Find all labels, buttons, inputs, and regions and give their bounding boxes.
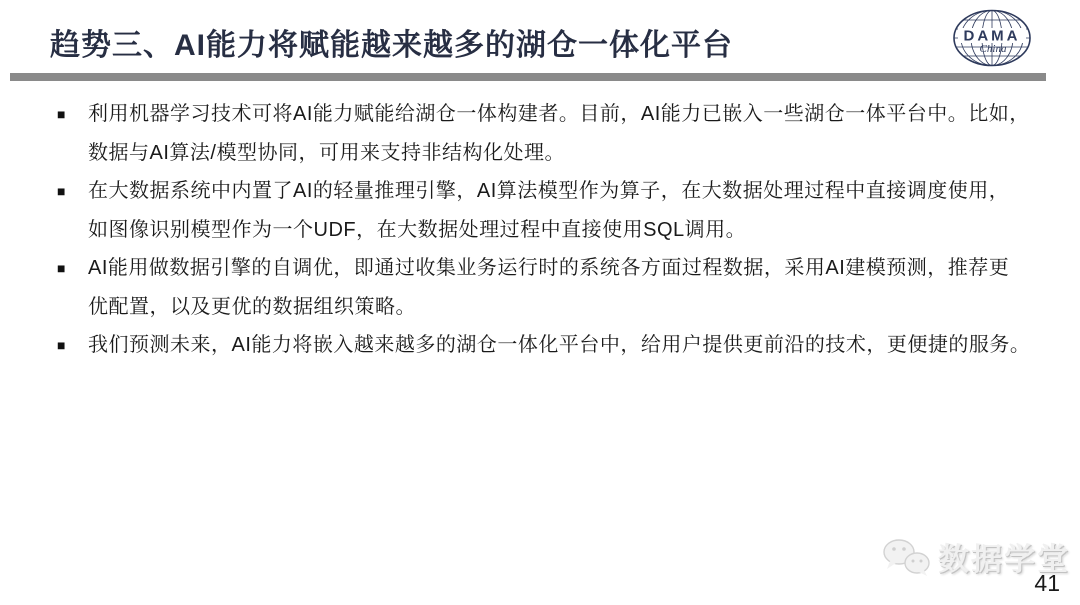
bullet-list: ■ 利用机器学习技术可将AI能力赋能给湖仓一体构建者。目前，AI能力已嵌入一些湖… [57,95,1047,365]
bullet-item: ■ AI能用做数据引擎的自调优，即通过收集业务运行时的系统各方面过程数据，采用A… [57,249,1047,326]
bullet-line: 在大数据系统中内置了AI的轻量推理引擎，AI算法模型作为算子，在大数据处理过程中… [88,172,1047,211]
slide: 趋势三、AI能力将赋能越来越多的湖仓一体化平台 DAMA China ■ 利用机… [0,0,1080,605]
bullet-square-icon: ■ [57,95,65,134]
bullet-line: AI能用做数据引擎的自调优，即通过收集业务运行时的系统各方面过程数据，采用AI建… [88,249,1047,288]
bullet-item: ■ 利用机器学习技术可将AI能力赋能给湖仓一体构建者。目前，AI能力已嵌入一些湖… [57,95,1047,172]
bullet-line: 如图像识别模型作为一个UDF，在大数据处理过程中直接使用SQL调用。 [88,211,1047,250]
bullet-line: 利用机器学习技术可将AI能力赋能给湖仓一体构建者。目前，AI能力已嵌入一些湖仓一… [88,95,1047,134]
page-number: 41 [1034,570,1060,597]
bullet-text: 我们预测未来，AI能力将嵌入越来越多的湖仓一体化平台中，给用户提供更前沿的技术，… [88,326,1047,365]
bullet-line: 我们预测未来，AI能力将嵌入越来越多的湖仓一体化平台中，给用户提供更前沿的技术，… [88,326,1047,365]
bullet-text: AI能用做数据引擎的自调优，即通过收集业务运行时的系统各方面过程数据，采用AI建… [88,249,1047,326]
bullet-item: ■ 在大数据系统中内置了AI的轻量推理引擎，AI算法模型作为算子，在大数据处理过… [57,172,1047,249]
bullet-square-icon: ■ [57,172,65,211]
bullet-text: 利用机器学习技术可将AI能力赋能给湖仓一体构建者。目前，AI能力已嵌入一些湖仓一… [88,95,1047,172]
bullet-square-icon: ■ [57,249,65,288]
bullet-text: 在大数据系统中内置了AI的轻量推理引擎，AI算法模型作为算子，在大数据处理过程中… [88,172,1047,249]
bullet-square-icon: ■ [57,326,65,365]
wechat-icon [880,537,932,577]
dama-china-logo-icon: DAMA China [951,8,1033,68]
bullet-line: 优配置，以及更优的数据组织策略。 [88,288,1047,327]
bullet-item: ■ 我们预测未来，AI能力将嵌入越来越多的湖仓一体化平台中，给用户提供更前沿的技… [57,326,1047,365]
logo-text-main: DAMA [964,28,1021,45]
logo-text-sub: China [980,43,1007,55]
page-title: 趋势三、AI能力将赋能越来越多的湖仓一体化平台 [50,20,733,64]
bullet-line: 数据与AI算法/模型协同，可用来支持非结构化处理。 [88,134,1047,173]
title-divider-bar [10,73,1046,81]
